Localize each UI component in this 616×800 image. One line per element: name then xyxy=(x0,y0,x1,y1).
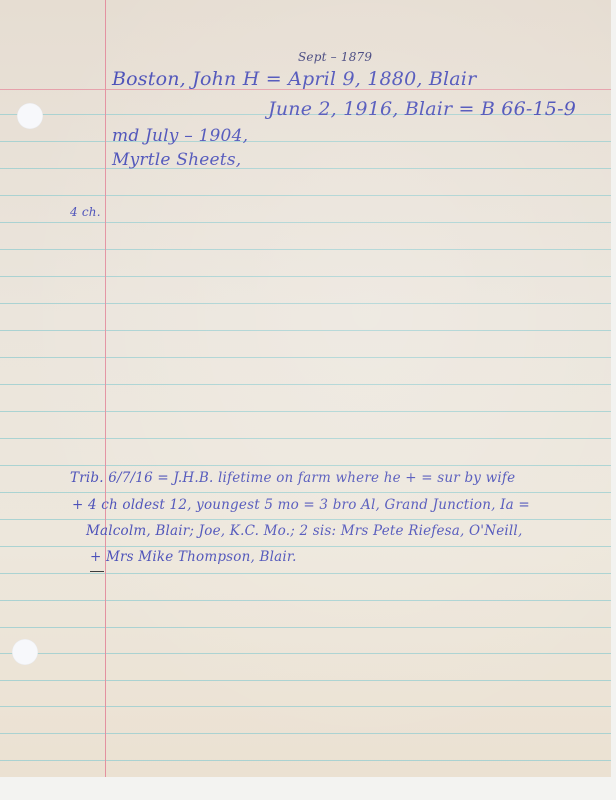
rule-line xyxy=(0,168,611,169)
rule-line xyxy=(0,276,611,277)
rule-line xyxy=(0,384,611,385)
header-line-1: Boston, John H = April 9, 1880, Blair xyxy=(112,68,476,90)
obituary-line-1: Trib. 6/7/16 = J.H.B. lifetime on farm w… xyxy=(70,470,515,486)
punch-hole-top xyxy=(17,103,43,129)
rule-line xyxy=(0,411,611,412)
rule-line xyxy=(0,465,611,466)
rule-line xyxy=(0,600,611,601)
rule-line xyxy=(0,733,611,734)
rule-line xyxy=(0,303,611,304)
rule-line xyxy=(0,195,611,196)
underline-mark xyxy=(90,571,104,572)
rule-line xyxy=(0,357,611,358)
rule-line xyxy=(0,438,611,439)
rule-line xyxy=(0,573,611,574)
rule-line xyxy=(0,492,611,493)
header-line-3: md July – 1904, xyxy=(112,126,248,146)
rule-line xyxy=(0,653,611,654)
birth-year-annotation: Sept – 1879 xyxy=(298,50,372,64)
header-line-4: Myrtle Sheets, xyxy=(112,150,241,170)
obituary-line-4: + Mrs Mike Thompson, Blair. xyxy=(90,549,297,565)
rule-line xyxy=(0,546,611,547)
notebook-page: Sept – 1879 Boston, John H = April 9, 18… xyxy=(0,0,611,777)
header-line-2: June 2, 1916, Blair = B 66-15-9 xyxy=(268,98,576,120)
margin-line xyxy=(105,0,106,777)
obituary-line-2: + 4 ch oldest 12, youngest 5 mo = 3 bro … xyxy=(72,497,530,513)
rule-line xyxy=(0,330,611,331)
children-count-note: 4 ch. xyxy=(70,205,101,219)
obituary-line-3: Malcolm, Blair; Joe, K.C. Mo.; 2 sis: Mr… xyxy=(86,523,522,539)
rule-line xyxy=(0,222,611,223)
rule-line xyxy=(0,706,611,707)
rule-line xyxy=(0,680,611,681)
rule-line xyxy=(0,519,611,520)
rule-line xyxy=(0,249,611,250)
rule-line xyxy=(0,141,611,142)
rule-line xyxy=(0,627,611,628)
punch-hole-bottom xyxy=(12,639,38,665)
rule-line xyxy=(0,760,611,761)
